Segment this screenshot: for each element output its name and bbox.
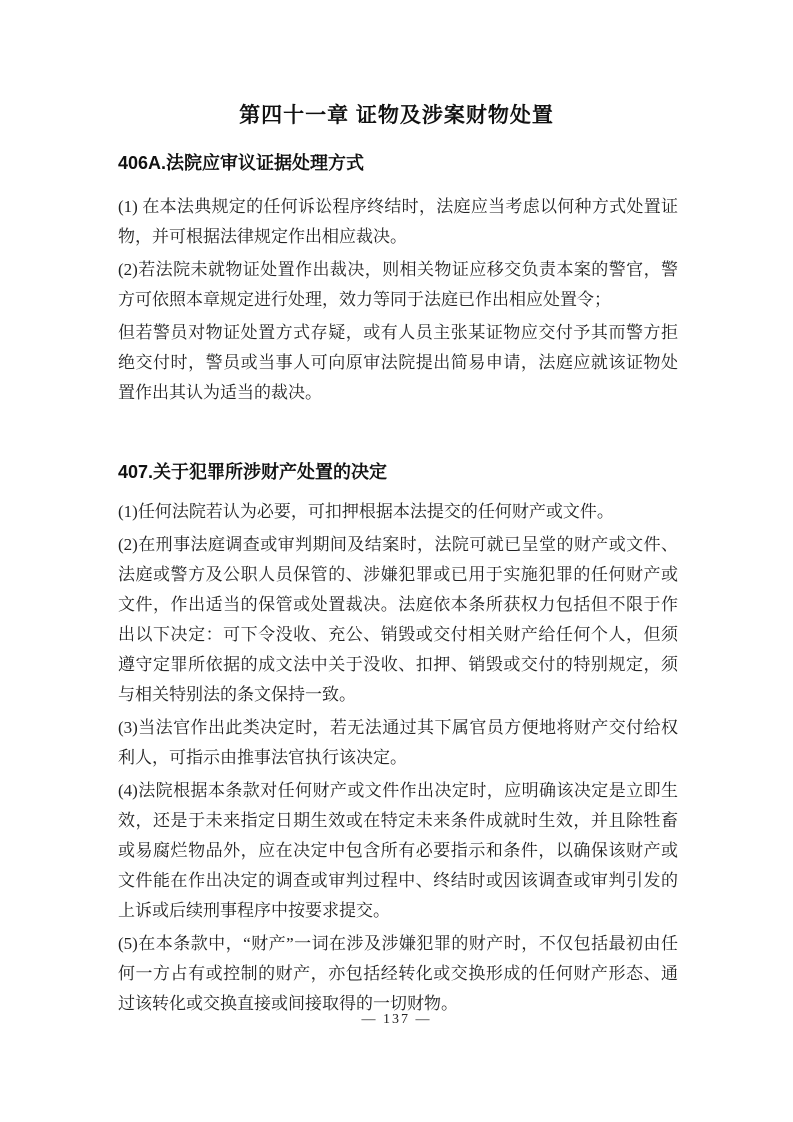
section-heading-407: 407.关于犯罪所涉财产处置的决定 — [118, 461, 678, 483]
page-number: — 137 — — [0, 1012, 793, 1028]
document-page: 第四十一章 证物及涉案财物处置 406A.法院应审议证据处理方式 (1) 在本法… — [0, 0, 793, 1122]
paragraph: (1) 在本法典规定的任何诉讼程序终结时，法庭应当考虑以何种方式处置证物，并可根… — [118, 192, 678, 252]
document-body: 406A.法院应审议证据处理方式 (1) 在本法典规定的任何诉讼程序终结时，法庭… — [118, 152, 678, 1022]
paragraph: (3)当法官作出此类决定时，若无法通过其下属官员方便地将财产交付给权利人，可指示… — [118, 713, 678, 773]
paragraph: (5)在本条款中，“财产”一词在涉及涉嫌犯罪的财产时，不仅包括最初由任何一方占有… — [118, 929, 678, 1019]
paragraph: (4)法院根据本条款对任何财产或文件作出决定时，应明确该决定是立即生效，还是于未… — [118, 776, 678, 926]
chapter-title: 第四十一章 证物及涉案财物处置 — [0, 99, 793, 129]
paragraph: (1)任何法院若认为必要，可扣押根据本法提交的任何财产或文件。 — [118, 497, 678, 527]
paragraph: (2)若法院未就物证处置作出裁决，则相关物证应移交负责本案的警官，警方可依照本章… — [118, 255, 678, 315]
section-heading-406a: 406A.法院应审议证据处理方式 — [118, 152, 678, 174]
paragraph: 但若警员对物证处置方式存疑，或有人员主张某证物应交付予其而警方拒绝交付时，警员或… — [118, 318, 678, 408]
paragraph: (2)在刑事法庭调查或审判期间及结案时，法院可就已呈堂的财产或文件、法庭或警方及… — [118, 530, 678, 710]
